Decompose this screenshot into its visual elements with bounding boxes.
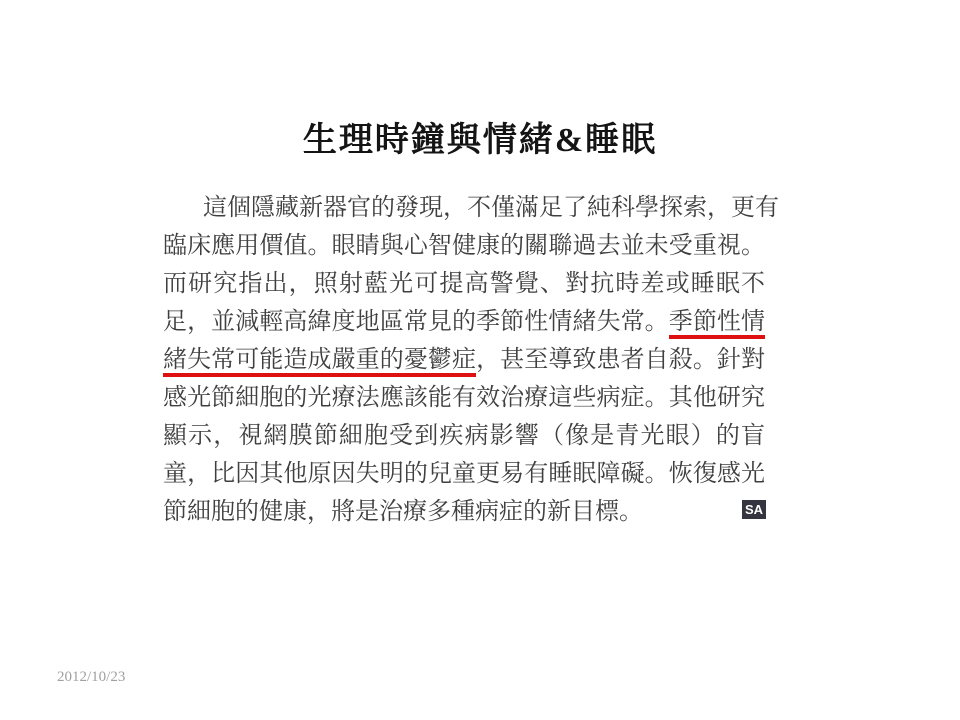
text-line: 顯示，視網膜節細胞受到疾病影響（像是青光眼）的盲: [163, 417, 765, 455]
body-text-segment: 這個隱藏新器官的發現，不僅滿足了純科學探索，更有: [203, 195, 779, 221]
text-line: 這個隱藏新器官的發現，不僅滿足了純科學探索，更有: [163, 189, 765, 227]
text-line: 足，並減輕高緯度地區常見的季節性情緒失常。季節性情: [163, 303, 765, 341]
sa-magazine-logo: SA: [742, 500, 766, 519]
text-line: 感光節細胞的光療法應該能有效治療這些病症。其他研究: [163, 379, 765, 417]
text-line: 而研究指出，照射藍光可提高警覺、對抗時差或睡眠不: [163, 265, 765, 303]
presentation-slide: 生理時鐘與情緒&睡眠 這個隱藏新器官的發現，不僅滿足了純科學探索，更有臨床應用價…: [0, 0, 960, 720]
body-text-segment: 童，比因其他原因失明的兒童更易有睡眠障礙。恢復感光: [163, 461, 765, 487]
paragraph: 這個隱藏新器官的發現，不僅滿足了純科學探索，更有臨床應用價值。眼睛與心智健康的關…: [163, 189, 765, 531]
body-text-segment: 顯示，視網膜節細胞受到疾病影響（像是青光眼）的盲: [163, 423, 765, 449]
body-text-segment: 足，並減輕高緯度地區常見的季節性情緒失常。: [163, 309, 669, 335]
text-line: 臨床應用價值。眼睛與心智健康的關聯過去並未受重視。: [163, 227, 765, 265]
body-text-segment: 感光節細胞的光療法應該能有效治療這些病症。其他研究: [163, 385, 765, 411]
body-text-segment: 而研究指出，照射藍光可提高警覺、對抗時差或睡眠不: [163, 271, 765, 297]
red-underlined-text: 季節性情: [669, 309, 765, 339]
body-text-segment: ，甚至導致患者自殺。針對: [476, 347, 765, 373]
body-text-segment: 節細胞的健康，將是治療多種病症的新目標。: [163, 499, 643, 525]
text-line: 節細胞的健康，將是治療多種病症的新目標。: [163, 493, 765, 531]
slide-title: 生理時鐘與情緒&睡眠: [0, 121, 960, 161]
text-line: 緒失常可能造成嚴重的憂鬱症，甚至導致患者自殺。針對: [163, 341, 765, 379]
body-text-block: 這個隱藏新器官的發現，不僅滿足了純科學探索，更有臨床應用價值。眼睛與心智健康的關…: [163, 189, 765, 531]
red-underlined-text: 緒失常可能造成嚴重的憂鬱症: [163, 347, 476, 377]
text-line: 童，比因其他原因失明的兒童更易有睡眠障礙。恢復感光: [163, 455, 765, 493]
slide-date: 2012/10/23: [57, 667, 125, 687]
body-text-segment: 臨床應用價值。眼睛與心智健康的關聯過去並未受重視。: [163, 233, 765, 259]
